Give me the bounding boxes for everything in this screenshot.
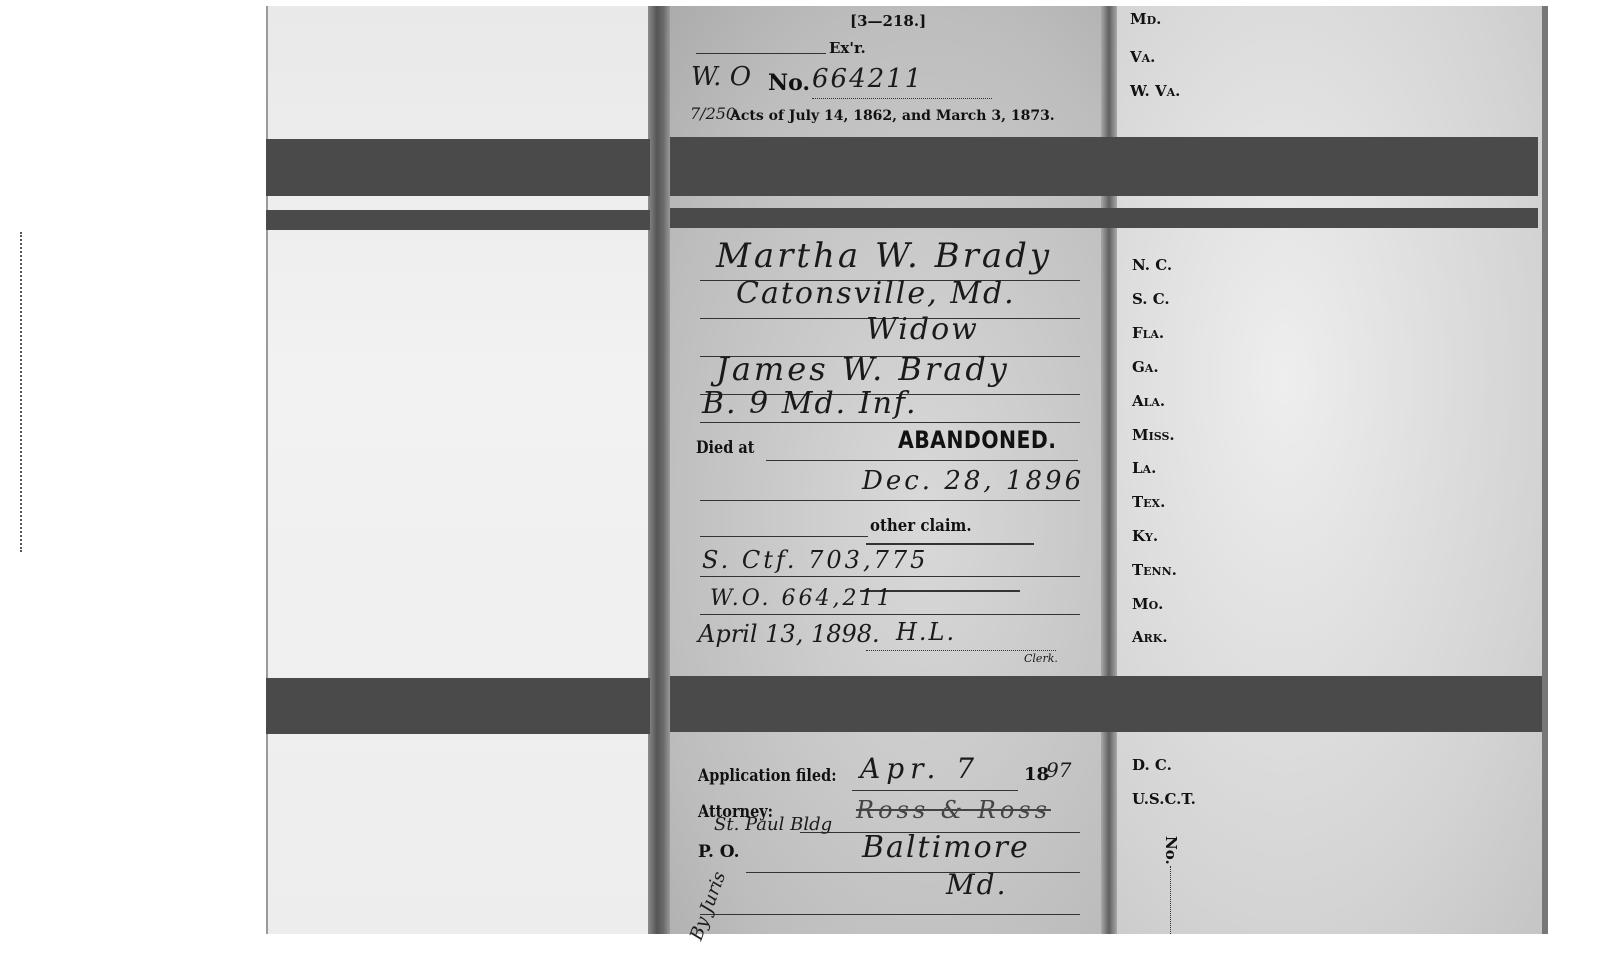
state-label: W. Va. bbox=[1130, 82, 1180, 100]
application-filed-label: Application filed: bbox=[698, 766, 837, 786]
form-line bbox=[766, 460, 1078, 461]
other-claim-wo: W.O. 664,211 bbox=[710, 586, 893, 611]
attorney-note: St. Paul Bldg bbox=[714, 814, 832, 835]
state-label: Tex. bbox=[1132, 493, 1165, 511]
redaction-bar bbox=[266, 139, 650, 196]
state-label: D. C. bbox=[1132, 756, 1172, 774]
application-date: Apr. 7 bbox=[860, 752, 980, 785]
number-line bbox=[812, 98, 992, 99]
form-line bbox=[700, 614, 1080, 615]
state-label: La. bbox=[1132, 459, 1156, 477]
state-label: S. C. bbox=[1132, 290, 1170, 308]
state-label: N. C. bbox=[1132, 256, 1172, 274]
other-claim-certificate: S. Ctf. 703,775 bbox=[702, 546, 928, 574]
state-label: Ga. bbox=[1132, 358, 1159, 376]
no-vertical-label: No. bbox=[1162, 836, 1180, 865]
form-line bbox=[746, 872, 1080, 873]
state-label: U.S.C.T. bbox=[1132, 790, 1196, 808]
other-claim-label: other claim. bbox=[870, 516, 972, 536]
wo-prefix: W. O bbox=[691, 62, 751, 92]
acts-text: Acts of July 14, 1862, and March 3, 1873… bbox=[730, 108, 1055, 124]
state-label: Tenn. bbox=[1132, 561, 1177, 579]
form-line bbox=[700, 536, 868, 537]
death-date: Dec. 28, 1896 bbox=[862, 466, 1084, 496]
form-line bbox=[700, 576, 1080, 577]
claimant-residence: Catonsville, Md. bbox=[736, 276, 1016, 311]
form-line bbox=[700, 914, 1080, 915]
claimant-status: Widow bbox=[866, 312, 979, 347]
soldier-name: James W. Brady bbox=[716, 350, 1010, 388]
redaction-bar bbox=[670, 137, 1538, 196]
fold-line-left bbox=[648, 6, 670, 934]
form-line bbox=[852, 790, 1018, 791]
state-label: Mo. bbox=[1132, 595, 1163, 613]
form-line bbox=[700, 422, 1080, 423]
number-label: No. bbox=[768, 70, 810, 96]
claimant-name: Martha W. Brady bbox=[716, 236, 1052, 276]
attorney-struck: Ross & Ross bbox=[856, 796, 1051, 824]
form-number: [3—218.] bbox=[850, 12, 926, 30]
state-label: Fla. bbox=[1132, 324, 1164, 342]
redaction-bar bbox=[670, 676, 1542, 732]
po-city: Baltimore bbox=[862, 830, 1030, 865]
state-label: Ky. bbox=[1132, 527, 1158, 545]
clerk-initials: H.L. bbox=[896, 618, 956, 646]
clerk-line bbox=[866, 650, 1056, 651]
soldier-unit: B. 9 Md. Inf. bbox=[702, 386, 917, 421]
state-label: Md. bbox=[1130, 10, 1161, 28]
examiner-line bbox=[696, 53, 826, 54]
application-year-suffix: 97 bbox=[1046, 758, 1071, 782]
state-label: Va. bbox=[1130, 48, 1155, 66]
died-at-label: Died at bbox=[696, 438, 754, 458]
form-line bbox=[700, 500, 1080, 501]
certificate-number: 664211 bbox=[812, 64, 923, 94]
scan-margin-dots bbox=[20, 232, 24, 552]
state-label: Ark. bbox=[1132, 628, 1168, 646]
clerk-label: Clerk. bbox=[1024, 652, 1058, 665]
redaction-bar bbox=[266, 210, 650, 230]
redaction-bar bbox=[266, 678, 650, 734]
abandoned-stamp: ABANDONED. bbox=[898, 426, 1056, 454]
po-label: P. O. bbox=[698, 842, 740, 862]
no-vertical-line bbox=[1170, 866, 1171, 934]
po-state: Md. bbox=[946, 868, 1008, 901]
clerk-date: April 13, 1898. bbox=[698, 620, 880, 648]
state-label: Ala. bbox=[1132, 392, 1165, 410]
claim-overline bbox=[866, 543, 1034, 545]
examiner-label: Ex'r. bbox=[829, 39, 866, 57]
state-label: Miss. bbox=[1132, 426, 1175, 444]
pension-index-card: [3—218.] Ex'r. W. O No. 664211 7/250 Act… bbox=[266, 6, 1548, 934]
redaction-bar bbox=[670, 208, 1538, 228]
card-edge bbox=[1542, 6, 1548, 934]
